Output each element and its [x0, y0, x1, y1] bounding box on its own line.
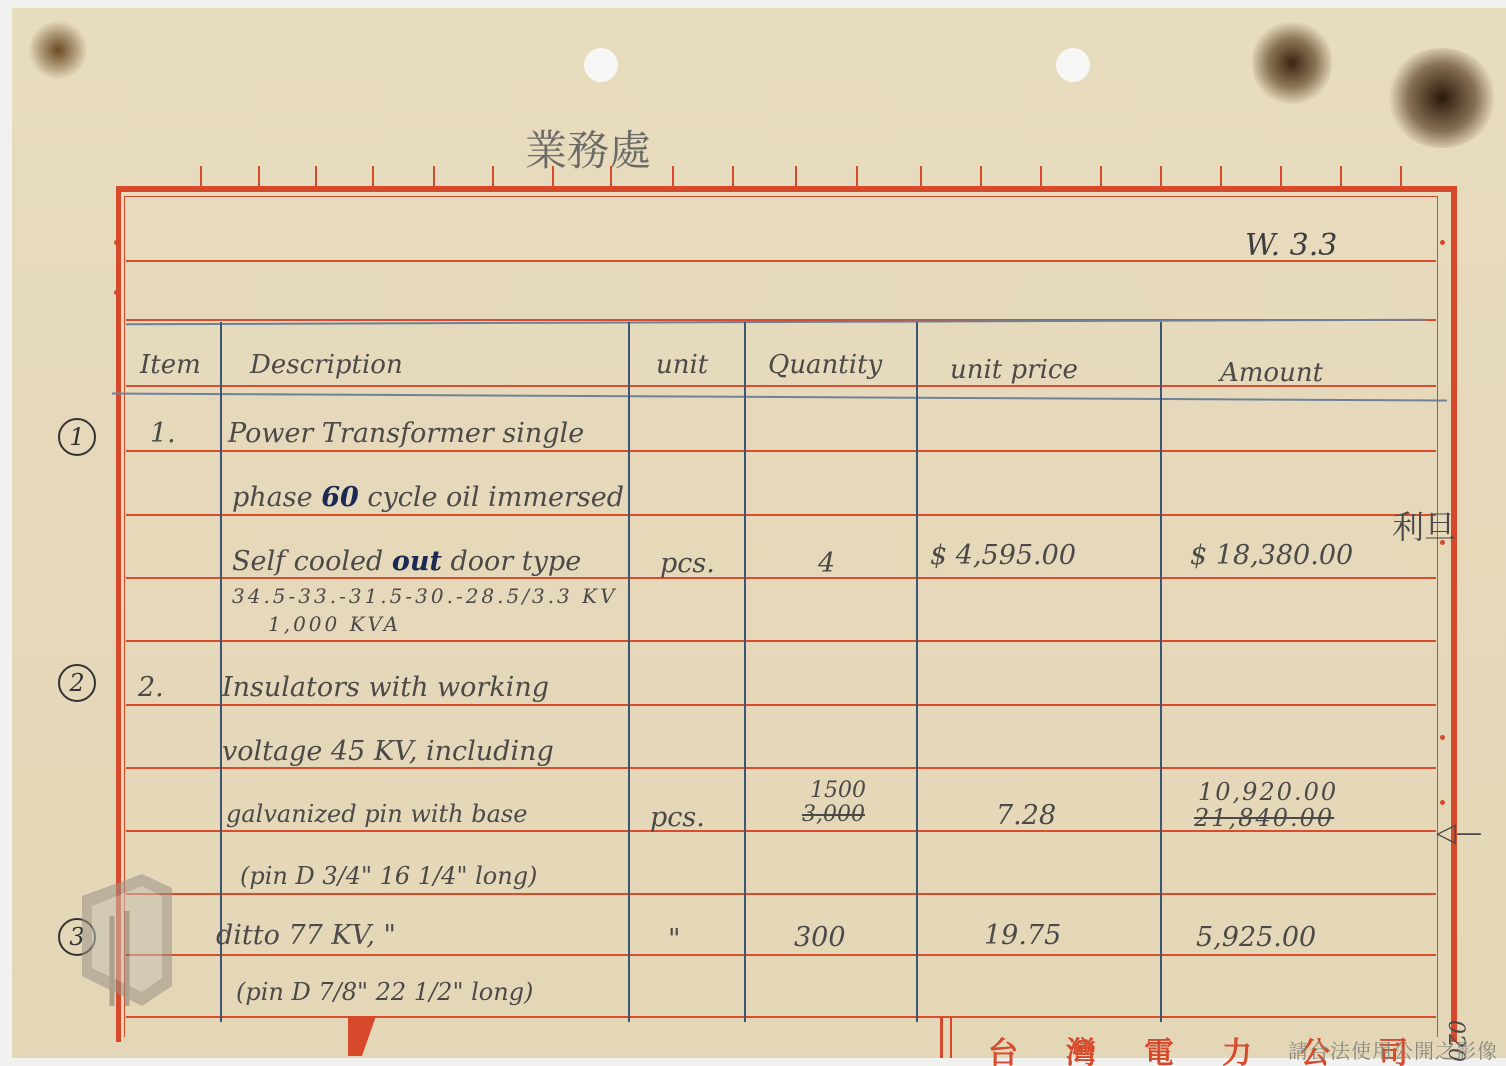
column-header-amount: Amount [1220, 358, 1323, 388]
description-line: 34.5-33.-31.5-30.-28.5/3.3 KV [232, 584, 618, 608]
quantity-cell: 4 [818, 548, 835, 579]
column-header-quantity: Quantity [768, 350, 882, 380]
description-line: voltage 45 KV, including [222, 736, 554, 767]
amount-cell: $ 18,380.00 [1190, 540, 1353, 571]
description-line: (pin D 3/4" 16 1/4" long) [240, 862, 537, 890]
description-line: (pin D 7/8" 22 1/2" long) [236, 978, 533, 1006]
description-line: galvanized pin with base [226, 800, 527, 828]
burn-stain [1252, 18, 1332, 108]
unit-price-cell: $ 4,595.00 [930, 540, 1076, 571]
item-number: 2. [138, 672, 164, 703]
punch-hole [1056, 48, 1090, 82]
description-line: Power Transformer single [228, 418, 584, 449]
description-line: ditto 77 KV, " [216, 920, 396, 951]
burn-stain [1387, 48, 1497, 148]
archive-logo-icon [82, 866, 172, 1016]
column-header-unit-price: unit price [950, 355, 1078, 385]
quantity-struck: 3,000 [802, 802, 865, 827]
description-line: Insulators with working [222, 672, 549, 703]
quantity-cell: 1500 [810, 778, 866, 803]
top-annotation: 業務處 [525, 118, 651, 178]
description-line: phase 60 cycle oil immersed [232, 482, 624, 513]
column-header-item: Item [140, 350, 201, 380]
punch-hole [584, 48, 618, 82]
red-triangle-mark [348, 1016, 376, 1056]
unit-cell: pcs. [660, 548, 715, 579]
right-margin-annotation: 利旦 [1392, 502, 1456, 548]
amount-cell: 5,925.00 [1196, 922, 1316, 953]
row-marker: 2 [58, 664, 96, 702]
watermark-text: 請合法使用公開之影像 [1288, 1035, 1498, 1064]
quantity-cell: 300 [794, 922, 846, 953]
amount-struck: 21,840.00 [1194, 804, 1334, 832]
unit-cell: pcs. [650, 802, 705, 833]
burn-stain [28, 20, 88, 80]
row-marker: 1 [58, 418, 96, 456]
column-header-description: Description [250, 350, 403, 380]
unit-price-cell: 7.28 [996, 800, 1056, 831]
unit-price-cell: 19.75 [984, 920, 1061, 951]
item-number: 1. [150, 418, 176, 449]
description-line: Self cooled out door type [232, 546, 581, 577]
description-line: 1,000 KVA [268, 612, 401, 636]
amount-cell: 10,920.00 [1198, 778, 1338, 806]
unit-cell: " [668, 924, 680, 955]
column-header-unit: unit [656, 350, 708, 380]
arrow-mark: ◁— [1436, 818, 1482, 848]
